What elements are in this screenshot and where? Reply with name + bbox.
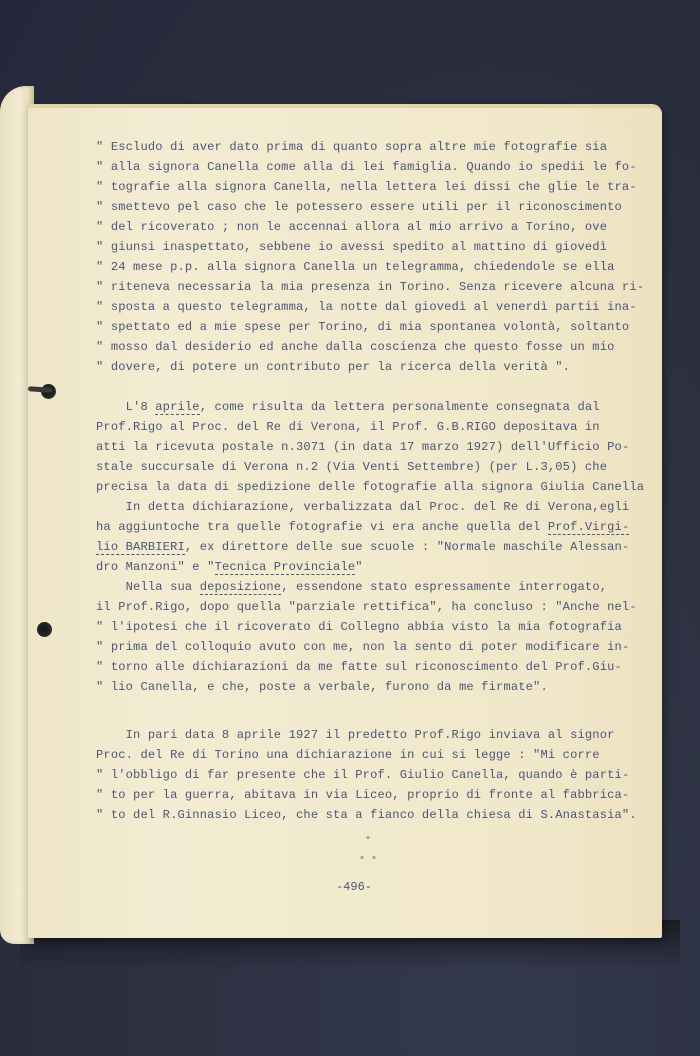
page-number: -496- bbox=[324, 880, 384, 894]
underlined-text: lio BARBIERI bbox=[96, 540, 185, 555]
typewritten-text: " Escludo di aver dato prima di quanto s… bbox=[96, 137, 656, 825]
paragraph-receipt: L'8 aprile, come risulta da lettera pers… bbox=[96, 397, 656, 697]
paragraph-quote: " Escludo di aver dato prima di quanto s… bbox=[96, 137, 656, 377]
text-line: " l'ipotesi che il ricoverato di Collegn… bbox=[96, 617, 656, 637]
text-line: Nella sua deposizione, essendone stato e… bbox=[96, 577, 656, 597]
section-mark: ° bbox=[348, 832, 388, 852]
text-line: " mosso dal desiderio ed anche dalla cos… bbox=[96, 337, 656, 357]
text-line: " to per la guerra, abitava in via Liceo… bbox=[96, 785, 656, 805]
text-line: Proc. del Re di Torino una dichiarazione… bbox=[96, 745, 656, 765]
text-line: " dovere, di potere un contributo per la… bbox=[96, 357, 656, 377]
text-line: " Escludo di aver dato prima di quanto s… bbox=[96, 137, 656, 157]
text-line: " 24 mese p.p. alla signora Canella un t… bbox=[96, 257, 656, 277]
text-line: " riteneva necessaria la mia presenza in… bbox=[96, 277, 656, 297]
text-line: " l'obbligo di far presente che il Prof.… bbox=[96, 765, 656, 785]
text-line: " tografie alla signora Canella, nella l… bbox=[96, 177, 656, 197]
text-line: atti la ricevuta postale n.3071 (in data… bbox=[96, 437, 656, 457]
text-line: precisa la data di spedizione delle foto… bbox=[96, 477, 656, 497]
text-line: L'8 aprile, come risulta da lettera pers… bbox=[96, 397, 656, 417]
text-line: " spettato ed a mie spese per Torino, di… bbox=[96, 317, 656, 337]
text-line: " torno alle dichiarazioni da me fatte s… bbox=[96, 657, 656, 677]
underlined-text: Prof.Virgi- bbox=[548, 520, 629, 535]
text-line: " prima del colloquio avuto con me, non … bbox=[96, 637, 656, 657]
text-line: " to del R.Ginnasio Liceo, che sta a fia… bbox=[96, 805, 656, 825]
text-line: " sposta a questo telegramma, la notte d… bbox=[96, 297, 656, 317]
text-line: ha aggiuntoche tra quelle fotografie vi … bbox=[96, 517, 656, 537]
text-line: stale succursale di Verona n.2 (Via Vent… bbox=[96, 457, 656, 477]
section-end-marks: ° ° ° bbox=[348, 832, 388, 872]
text-line: " lio Canella, e che, poste a verbale, f… bbox=[96, 677, 656, 697]
text-line: " giunsi inaspettato, sebbene io avessi … bbox=[96, 237, 656, 257]
text-line: Prof.Rigo al Proc. del Re di Verona, il … bbox=[96, 417, 656, 437]
text-line: lio BARBIERI, ex direttore delle sue scu… bbox=[96, 537, 656, 557]
section-mark: ° ° bbox=[348, 852, 388, 872]
underlined-text: deposizione bbox=[200, 580, 281, 595]
text-line: In pari data 8 aprile 1927 il predetto P… bbox=[96, 725, 656, 745]
underlined-text: Tecnica Provinciale bbox=[215, 560, 356, 575]
text-line: " del ricoverato ; non le accennai allor… bbox=[96, 217, 656, 237]
underlined-text: aprile bbox=[155, 400, 199, 415]
text-line: " alla signora Canella come alla di lei … bbox=[96, 157, 656, 177]
text-line: " smettevo pel caso che le potessero ess… bbox=[96, 197, 656, 217]
paragraph-declaration: In pari data 8 aprile 1927 il predetto P… bbox=[96, 725, 656, 825]
punch-hole-bottom bbox=[37, 622, 52, 637]
text-line: il Prof.Rigo, dopo quella "parziale rett… bbox=[96, 597, 656, 617]
text-line: dro Manzoni" e "Tecnica Provinciale" bbox=[96, 557, 656, 577]
text-line: In detta dichiarazione, verbalizzata dal… bbox=[96, 497, 656, 517]
